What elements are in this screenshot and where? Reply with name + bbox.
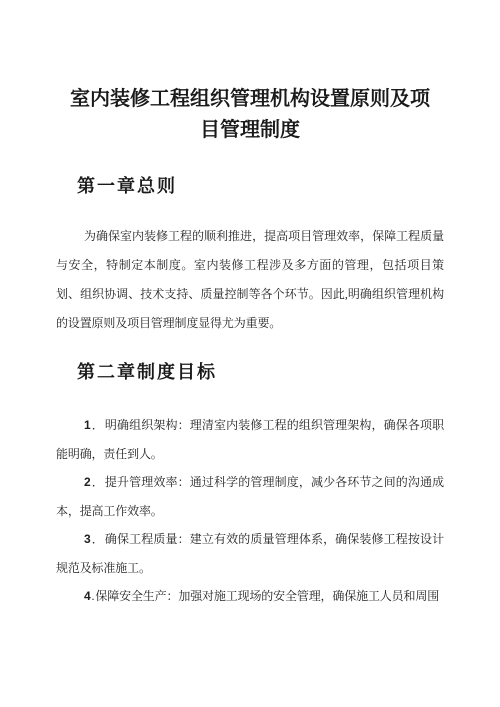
item-text: 保障安全生产：加强对施工现场的安全管理，确保施工人员和周围 bbox=[95, 589, 439, 603]
item-number: 4 bbox=[84, 589, 91, 603]
goal-item-3: 3．确保工程质量：建立有效的质量管理体系，确保装修工程按设计规范及标准施工。 bbox=[56, 525, 444, 582]
item-number: 2 bbox=[84, 475, 91, 489]
document-body: 第一章总则 为确保室内装修工程的顺利推进，提高项目管理效率，保障工程质量与安全，… bbox=[56, 174, 444, 611]
section-heading-chapter1: 第一章总则 bbox=[56, 174, 444, 199]
item-text: 确保工程质量：建立有效的质量管理体系，确保装修工程按设计规范及标准施工。 bbox=[56, 532, 444, 575]
paragraph-chapter1-overview: 为确保室内装修工程的顺利推进，提高项目管理效率，保障工程质量与安全，特制定本制度… bbox=[56, 222, 444, 338]
item-separator: ． bbox=[91, 532, 105, 546]
item-number: 1 bbox=[84, 418, 91, 432]
goal-item-2: 2．提升管理效率：通过科学的管理制度，减少各环节之间的沟通成本，提高工作效率。 bbox=[56, 468, 444, 525]
item-number: 3 bbox=[84, 532, 91, 546]
goal-item-4: 4.保障安全生产：加强对施工现场的安全管理，确保施工人员和周围 bbox=[56, 582, 444, 611]
section-heading-chapter2: 第二章制度目标 bbox=[56, 360, 444, 385]
document-page: 室内装修工程组织管理机构设置原则及项目管理制度 第一章总则 为确保室内装修工程的… bbox=[0, 0, 500, 707]
item-text: 提升管理效率：通过科学的管理制度，减少各环节之间的沟通成本，提高工作效率。 bbox=[56, 475, 444, 518]
item-separator: ． bbox=[91, 475, 105, 489]
document-title: 室内装修工程组织管理机构设置原则及项目管理制度 bbox=[66, 84, 434, 146]
item-text: 明确组织架构：理清室内装修工程的组织管理架构，确保各项职能明确，责任到人。 bbox=[56, 418, 444, 461]
goal-item-1: 1．明确组织架构：理清室内装修工程的组织管理架构，确保各项职能明确，责任到人。 bbox=[56, 411, 444, 468]
item-separator: ． bbox=[91, 418, 105, 432]
